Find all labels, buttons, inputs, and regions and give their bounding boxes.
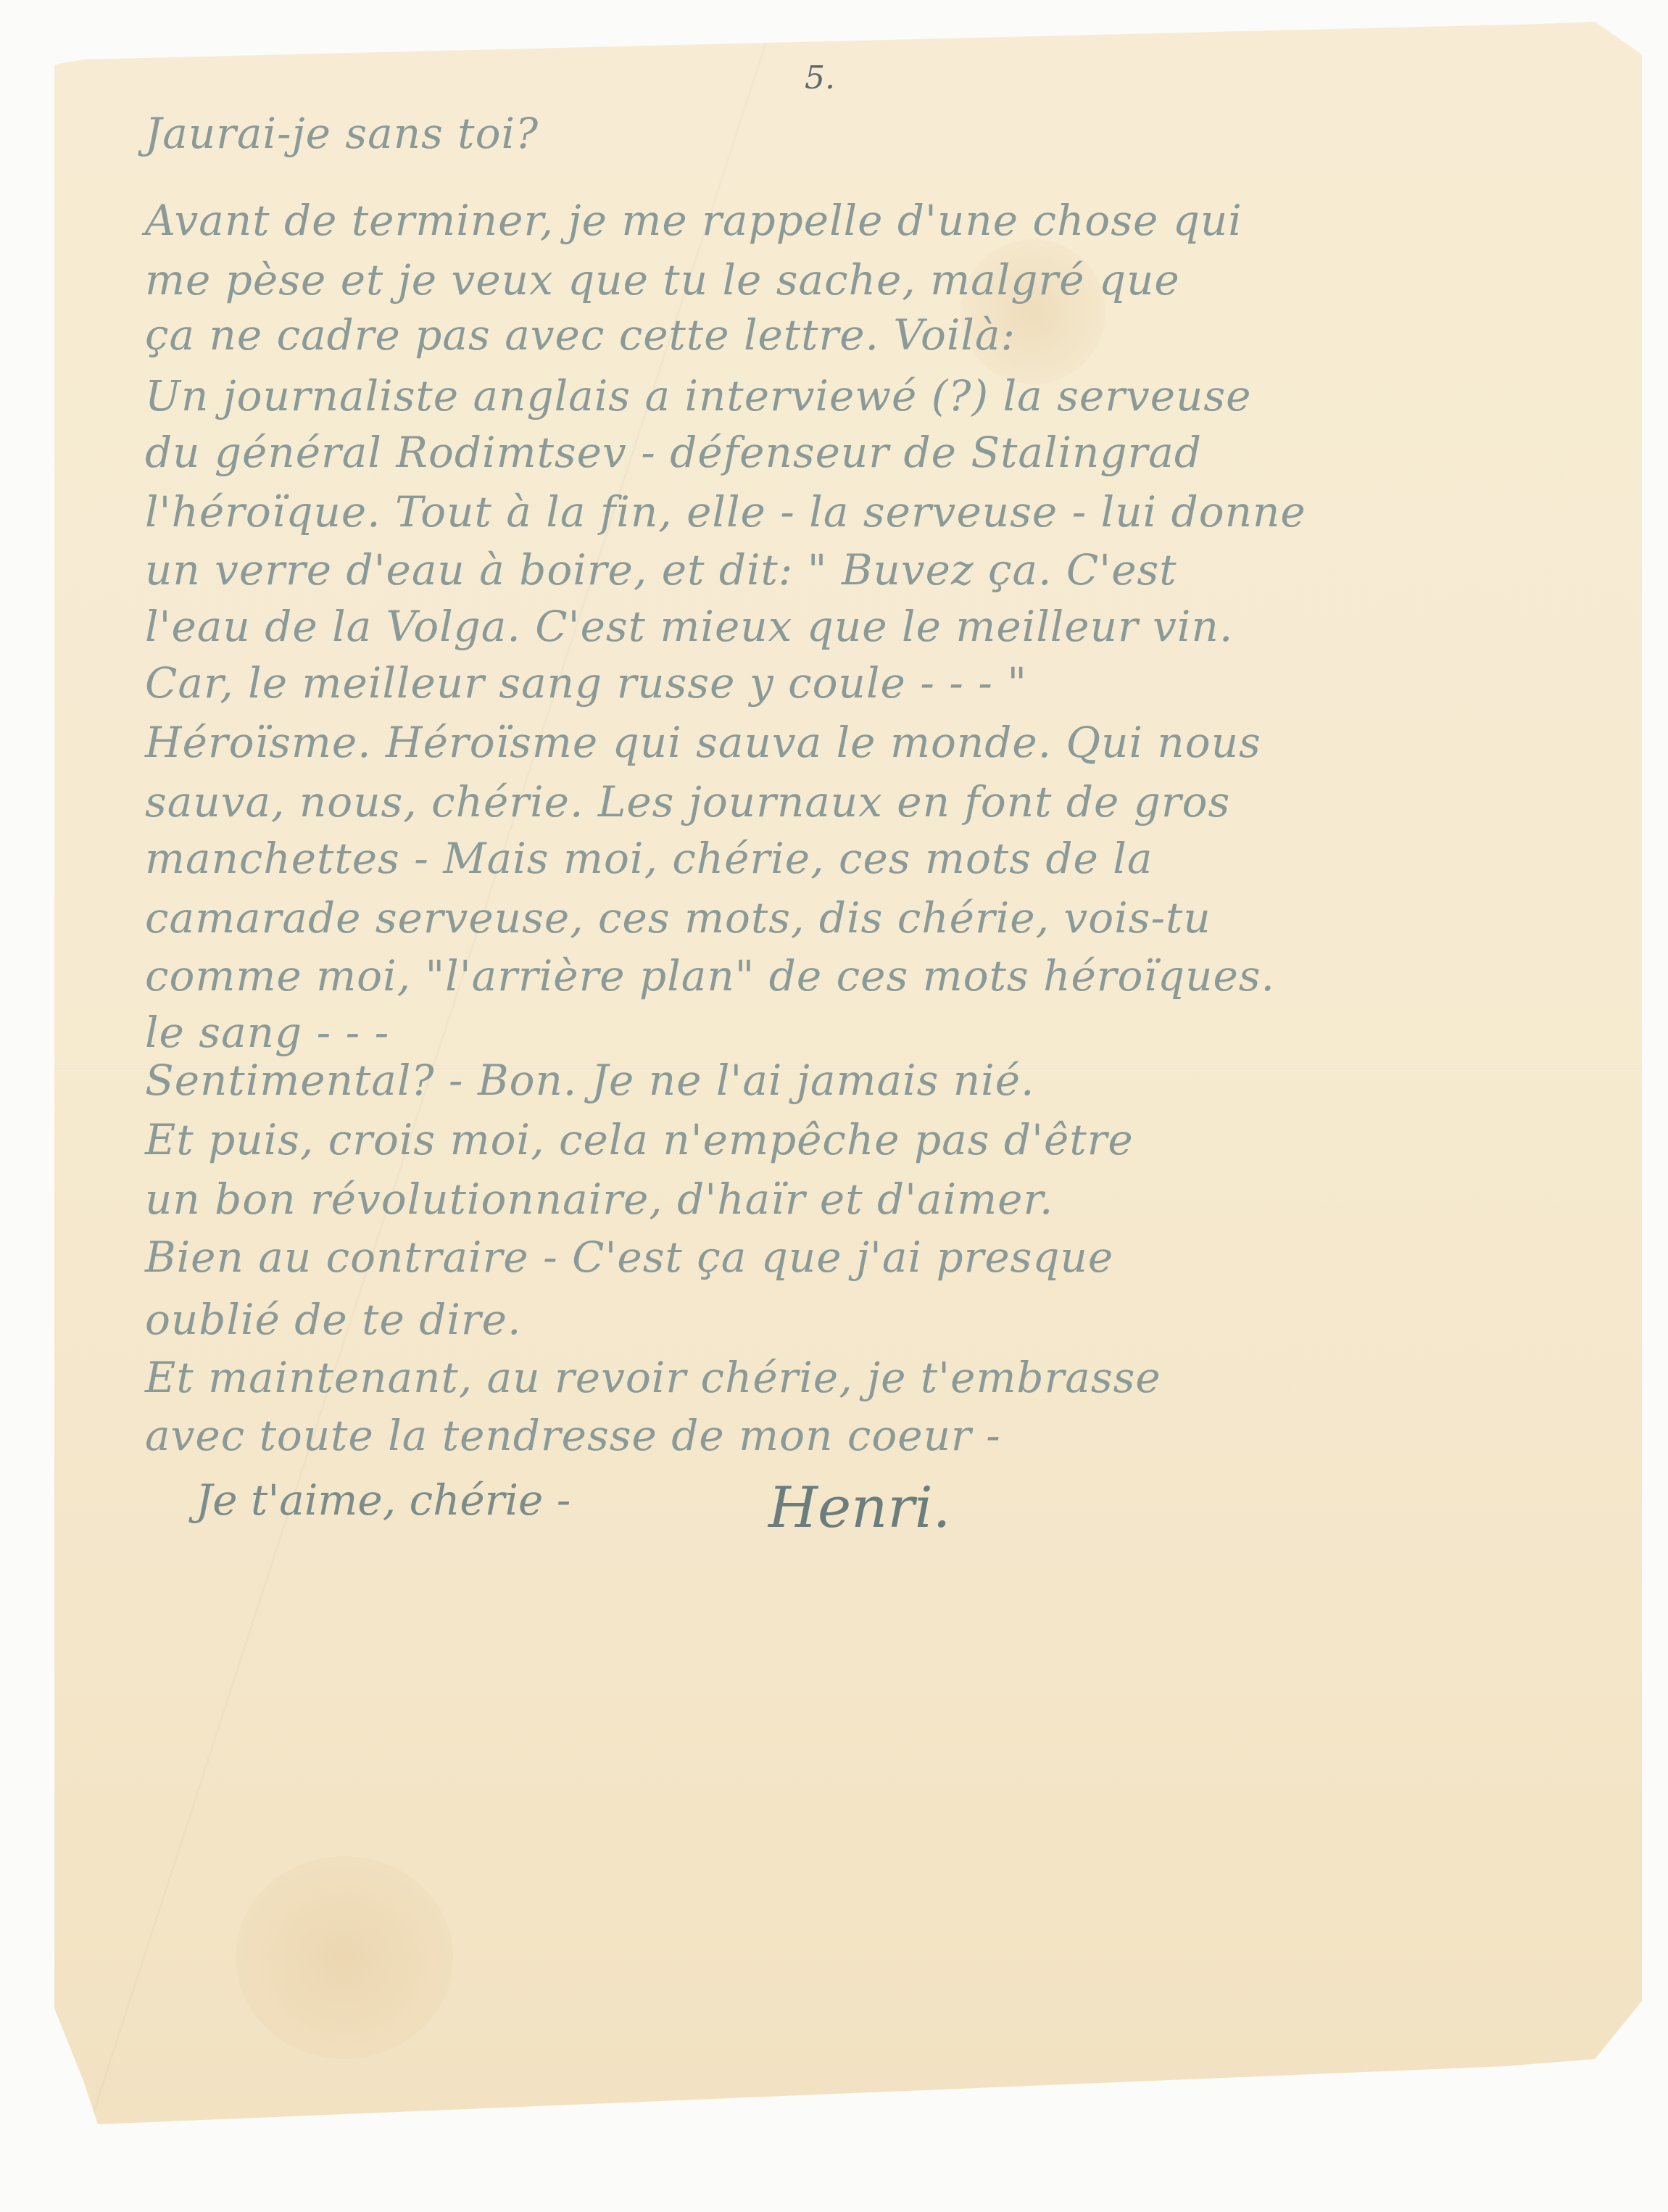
letter-line: un bon révolutionnaire, d'haïr et d'aime… (145, 1175, 1053, 1224)
letter-line: du général Rodimtsev - défenseur de Stal… (145, 428, 1202, 477)
letter-line: camarade serveuse, ces mots, dis chérie,… (145, 893, 1211, 943)
letter-line: oublié de te dire. (145, 1295, 521, 1344)
paper-stain (236, 1856, 453, 2059)
letter-line: avec toute la tendresse de mon coeur - (145, 1411, 1001, 1460)
letter-line: l'héroïque. Tout à la fin, elle - la ser… (145, 487, 1306, 537)
letter-line: Un journaliste anglais a interviewé (?) … (145, 371, 1252, 421)
letter-line: Bien au contraire - C'est ça que j'ai pr… (145, 1233, 1113, 1282)
letter-line: ça ne cadre pas avec cette lettre. Voilà… (145, 310, 1016, 360)
letter-line: le sang - - - (145, 1008, 389, 1057)
letter-line: Jaurai-je sans toi? (145, 109, 539, 158)
letter-line: Héroïsme. Héroïsme qui sauva le monde. Q… (145, 718, 1261, 767)
letter-line: l'eau de la Volga. C'est mieux que le me… (145, 602, 1233, 651)
letter-line: Et puis, crois moi, cela n'empêche pas d… (145, 1115, 1134, 1164)
closing-line: Je t'aime, chérie - (196, 1475, 570, 1525)
letter-line: me pèse et je veux que tu le sache, malg… (145, 255, 1180, 305)
page-number: 5. (805, 59, 835, 96)
letter-line: comme moi, "l'arrière plan" de ces mots … (145, 951, 1275, 1001)
letter-line: Car, le meilleur sang russe y coule - - … (145, 658, 1027, 708)
letter-line: sauva, nous, chérie. Les journaux en fon… (145, 777, 1230, 827)
signature: Henri. (768, 1475, 950, 1541)
letter-line: un verre d'eau à boire, et dit: " Buvez … (145, 545, 1177, 595)
letter-line: Avant de terminer, je me rappelle d'une … (145, 196, 1242, 245)
letter-line: Sentimental? - Bon. Je ne l'ai jamais ni… (145, 1056, 1034, 1105)
letter-line: manchettes - Mais moi, chérie, ces mots … (145, 834, 1153, 883)
letter-line: Et maintenant, au revoir chérie, je t'em… (145, 1353, 1161, 1402)
